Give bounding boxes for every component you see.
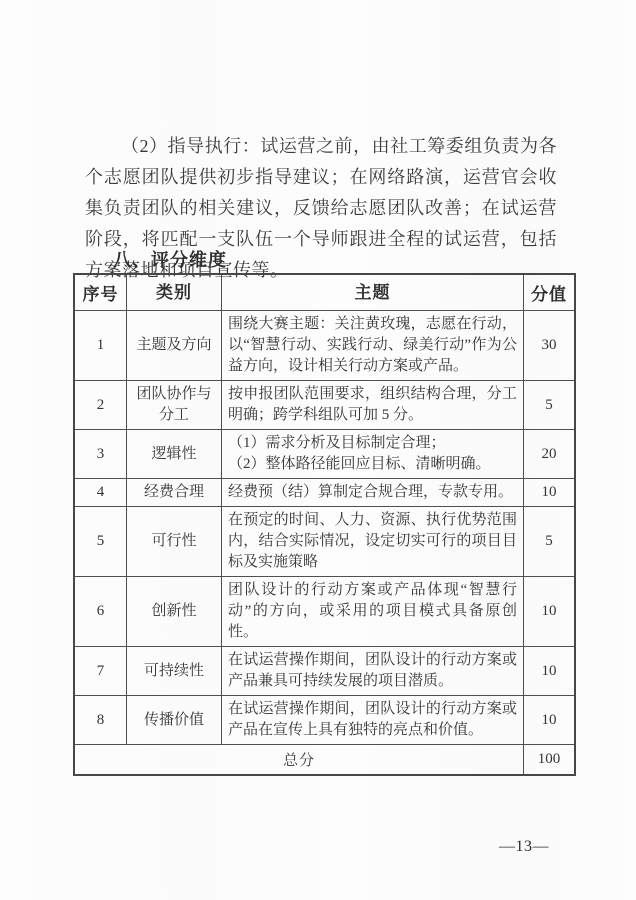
row-score: 10 [524, 479, 576, 507]
row-theme: 按申报团队范围要求，组织结构合理，分工明确；跨学科组队可加 5 分。 [222, 381, 524, 430]
row-score: 10 [524, 696, 576, 745]
row-score: 5 [524, 381, 576, 430]
row-score: 10 [524, 647, 576, 696]
row-theme: 围绕大赛主题：关注黄玫瑰，志愿在行动，以“智慧行动、实践行动、绿美行动”作为公益… [222, 311, 524, 381]
table-row: 6 创新性 团队设计的行动方案或产品体现“智慧行动”的方向，或采用的项目模式具备… [74, 577, 575, 647]
table-row: 1 主题及方向 围绕大赛主题：关注黄玫瑰，志愿在行动，以“智慧行动、实践行动、绿… [74, 311, 575, 381]
row-no: 8 [74, 696, 127, 745]
header-no: 序号 [74, 274, 127, 311]
row-category: 创新性 [127, 577, 222, 647]
scoring-table: 序号 类别 主题 分值 1 主题及方向 围绕大赛主题：关注黄玫瑰，志愿在行动，以… [73, 273, 576, 776]
row-no: 4 [74, 479, 127, 507]
table-row: 5 可行性 在预定的时间、人力、资源、执行优势范围内，结合实际情况，设定切实可行… [74, 507, 575, 577]
table-row: 2 团队协作与分工 按申报团队范围要求，组织结构合理，分工明确；跨学科组队可加 … [74, 381, 575, 430]
row-no: 2 [74, 381, 127, 430]
row-category: 主题及方向 [127, 311, 222, 381]
scoring-table-header: 序号 类别 主题 分值 [74, 274, 575, 311]
row-score: 30 [524, 311, 576, 381]
row-score: 10 [524, 577, 576, 647]
total-label: 总分 [74, 745, 524, 776]
row-no: 3 [74, 430, 127, 479]
row-theme: 在试运营操作期间，团队设计的行动方案或产品兼具可持续发展的项目潜质。 [222, 647, 524, 696]
row-theme: （1）需求分析及目标制定合理； （2）整体路径能回应目标、清晰明确。 [222, 430, 524, 479]
row-score: 5 [524, 507, 576, 577]
row-category: 可行性 [127, 507, 222, 577]
row-theme: 团队设计的行动方案或产品体现“智慧行动”的方向，或采用的项目模式具备原创性。 [222, 577, 524, 647]
table-row: 8 传播价值 在试运营操作期间，团队设计的行动方案或产品在宣传上具有独特的亮点和… [74, 696, 575, 745]
row-category: 逻辑性 [127, 430, 222, 479]
table-row: 7 可持续性 在试运营操作期间，团队设计的行动方案或产品兼具可持续发展的项目潜质… [74, 647, 575, 696]
header-theme: 主题 [222, 274, 524, 311]
page-number: —13— [499, 838, 549, 856]
table-row: 4 经费合理 经费预（结）算制定合规合理，专款专用。 10 [74, 479, 575, 507]
row-no: 6 [74, 577, 127, 647]
total-score: 100 [524, 745, 576, 776]
row-category: 传播价值 [127, 696, 222, 745]
scoring-table-footer: 总分 100 [74, 745, 575, 776]
row-no: 1 [74, 311, 127, 381]
row-category: 团队协作与分工 [127, 381, 222, 430]
row-category: 可持续性 [127, 647, 222, 696]
row-score: 20 [524, 430, 576, 479]
scoring-table-body: 1 主题及方向 围绕大赛主题：关注黄玫瑰，志愿在行动，以“智慧行动、实践行动、绿… [74, 311, 575, 745]
document-page: （2）指导执行：试运营之前，由社工筹委组负责为各个志愿团队提供初步指导建议；在网… [0, 0, 636, 900]
row-theme: 经费预（结）算制定合规合理，专款专用。 [222, 479, 524, 507]
row-theme: 在试运营操作期间，团队设计的行动方案或产品在宣传上具有独特的亮点和价值。 [222, 696, 524, 745]
total-row: 总分 100 [74, 745, 575, 776]
row-category: 经费合理 [127, 479, 222, 507]
header-category: 类别 [127, 274, 222, 311]
table-row: 3 逻辑性 （1）需求分析及目标制定合理； （2）整体路径能回应目标、清晰明确。… [74, 430, 575, 479]
row-no: 5 [74, 507, 127, 577]
header-row: 序号 类别 主题 分值 [74, 274, 575, 311]
section-heading: 八、评分维度 [113, 246, 227, 272]
header-score: 分值 [524, 274, 576, 311]
row-theme: 在预定的时间、人力、资源、执行优势范围内，结合实际情况，设定切实可行的项目目标及… [222, 507, 524, 577]
row-no: 7 [74, 647, 127, 696]
